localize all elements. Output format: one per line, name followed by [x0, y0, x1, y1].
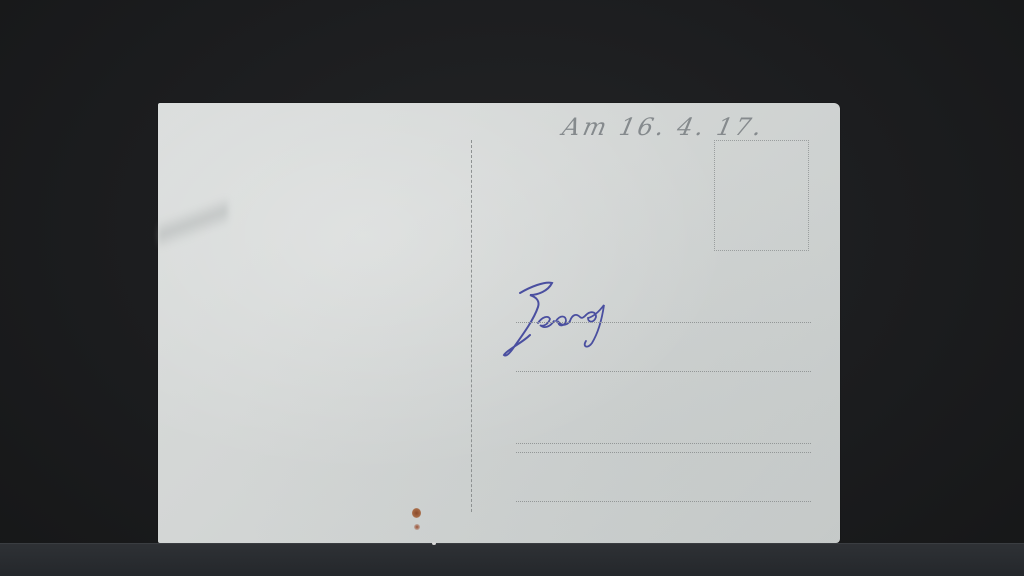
handwritten-signature-georg: Georg	[500, 273, 620, 363]
center-divider-line	[471, 140, 472, 512]
handwritten-date: Am 16. 4. 17.	[560, 113, 767, 141]
postcard-back: Am 16. 4. 17. Georg	[158, 103, 840, 543]
address-line-5	[516, 501, 811, 502]
address-line-2	[516, 371, 811, 372]
stain-blot-lower	[414, 524, 420, 530]
paper-crease	[158, 198, 228, 248]
stain-blot-upper	[412, 508, 421, 518]
address-line-1	[516, 322, 811, 323]
display-ledge	[0, 543, 1024, 576]
address-line-3	[516, 443, 811, 444]
photo-scene: Am 16. 4. 17. Georg	[0, 0, 1024, 576]
dust-speck	[432, 542, 436, 545]
stamp-placeholder-box	[714, 140, 809, 251]
address-line-4	[516, 452, 811, 453]
rust-stain	[412, 508, 422, 538]
